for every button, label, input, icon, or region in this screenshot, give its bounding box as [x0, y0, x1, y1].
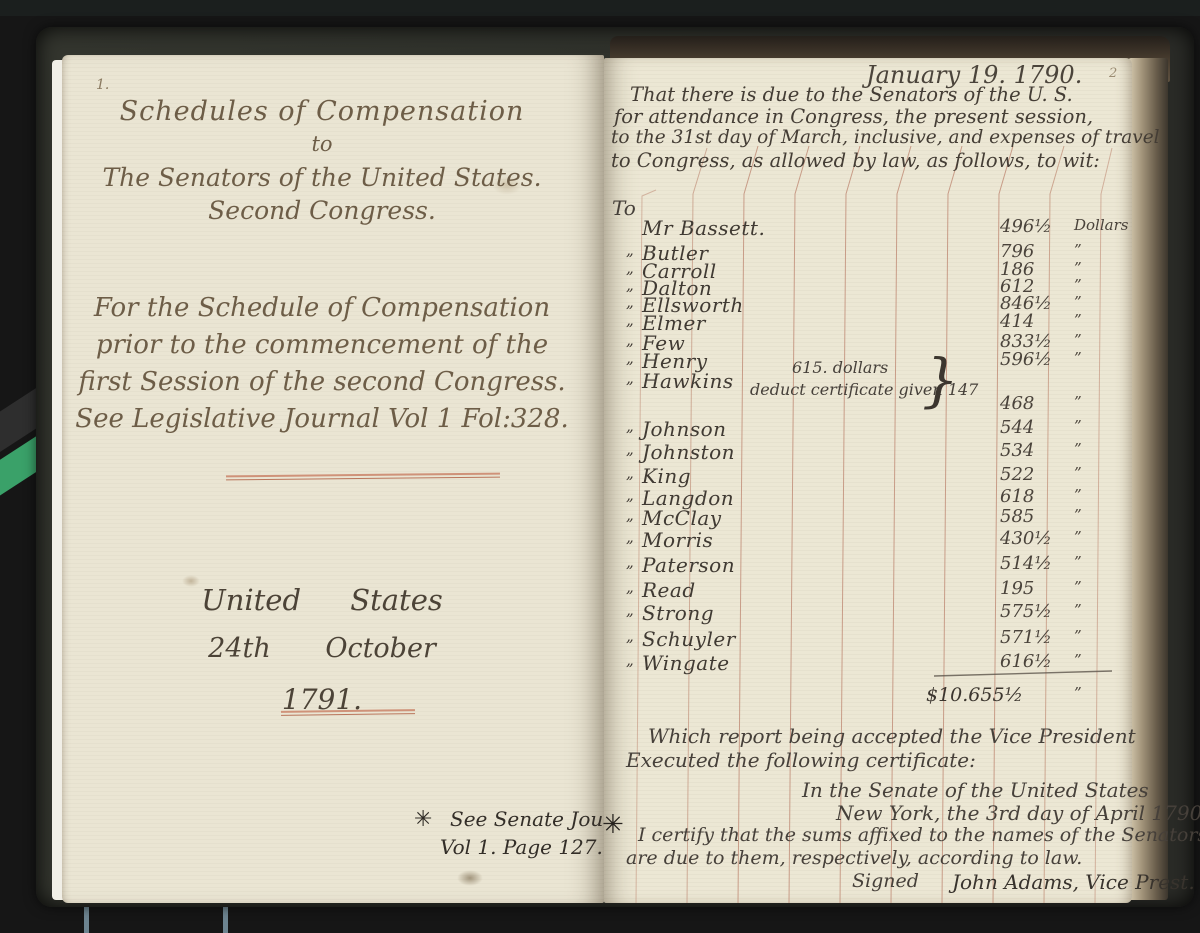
- title-line: The Senators of the United States.: [62, 161, 582, 194]
- unit-label: ”: [1074, 464, 1082, 482]
- total-row: $10.655½ ”: [604, 684, 1132, 710]
- scanner-top-band: [0, 0, 1200, 16]
- amount-value: 534: [1000, 440, 1034, 461]
- asterisk-icon: ✳: [414, 807, 432, 832]
- ink-stain: [457, 870, 483, 886]
- amount-value: 585: [1000, 506, 1034, 527]
- amount-value: 430½: [1000, 528, 1052, 549]
- ditto-mark: „: [626, 506, 634, 524]
- unit-label: ”: [1074, 486, 1082, 504]
- amount-value: 596½: [1000, 349, 1052, 370]
- amount-value: 616½: [1000, 651, 1052, 672]
- reference-tick: [223, 903, 228, 933]
- ditto-mark: „: [626, 578, 634, 596]
- october-line: 24th October: [62, 633, 582, 664]
- unit-label: ”: [1074, 331, 1082, 349]
- senate-line: In the Senate of the United States: [802, 778, 1149, 802]
- title-line: to: [62, 128, 582, 161]
- amount-value: 618: [1000, 486, 1034, 507]
- amount-value: 195: [1000, 578, 1034, 599]
- photo-background: 1. Schedules of Compensation to The Sena…: [0, 0, 1200, 933]
- unit-label: ”: [1074, 601, 1082, 619]
- unit-label: ”: [1074, 241, 1082, 259]
- amount-value: 468: [1000, 393, 1034, 414]
- ditto-mark: „: [626, 601, 634, 619]
- senator-name: Strong: [642, 601, 714, 625]
- unit-label: ”: [1074, 651, 1082, 669]
- ditto-mark: „: [626, 464, 634, 482]
- unit-label: ”: [1074, 440, 1082, 458]
- unit-label: ”: [1074, 528, 1082, 546]
- footnote-line: Vol 1. Page 127.: [440, 835, 603, 859]
- senate-line: New York, the 3rd day of April 1790: [836, 801, 1200, 825]
- closing-line: Which report being accepted the Vice Pre…: [648, 724, 1136, 748]
- certificate-line: are due to them, respectively, according…: [626, 847, 1082, 869]
- intro-line: That there is due to the Senators of the…: [630, 83, 1073, 106]
- page-stack-edge: [1128, 58, 1168, 900]
- amount-value: 544: [1000, 417, 1034, 438]
- right-folio-number: 2: [1109, 66, 1117, 81]
- ditto-mark: „: [626, 440, 634, 458]
- amount-value: 575½: [1000, 601, 1052, 622]
- left-folio-number: 1.: [96, 77, 109, 93]
- unit-label: Dollars: [1074, 216, 1128, 234]
- red-divider-rule: [226, 473, 500, 481]
- senator-name: Wingate: [642, 651, 730, 675]
- ditto-mark: „: [626, 417, 634, 435]
- senator-name: Johnston: [642, 440, 735, 464]
- table-row: „ Strong 575½ ”: [604, 601, 1132, 627]
- unit-label: ”: [1074, 553, 1082, 571]
- paragraph-line: prior to the commencement of the: [62, 327, 582, 364]
- ditto-mark: „: [626, 276, 634, 294]
- brace-mark: }: [922, 346, 959, 414]
- senator-name: King: [642, 464, 691, 488]
- table-row: „ Schuyler 571½ ”: [604, 627, 1132, 653]
- unit-label: ”: [1074, 393, 1082, 411]
- unit-label: ”: [1074, 259, 1082, 277]
- senator-name: McClay: [642, 506, 722, 530]
- unit-label: ”: [1074, 578, 1082, 596]
- ditto-mark: „: [626, 486, 634, 504]
- total-amount: $10.655½: [926, 684, 1023, 706]
- ditto-mark: „: [626, 331, 634, 349]
- unit-label: ”: [1074, 293, 1082, 311]
- hawkins-note-line: 615. dollars: [792, 358, 888, 377]
- left-paragraph: For the Schedule of Compensation prior t…: [62, 290, 582, 438]
- unit-label: ”: [1074, 627, 1082, 645]
- table-row: „ Paterson 514½ ”: [604, 553, 1132, 579]
- ditto-mark: „: [626, 369, 634, 387]
- ditto-mark: „: [626, 553, 634, 571]
- united-states-line: United States: [62, 583, 582, 617]
- table-row: „ Wingate 616½ ”: [604, 651, 1132, 677]
- table-row: „ Johnston 534 ”: [604, 440, 1132, 466]
- unit-label: ”: [1074, 417, 1082, 435]
- senator-name: Mr Bassett.: [642, 216, 765, 240]
- senator-name: Johnson: [642, 417, 727, 441]
- ditto-mark: „: [626, 349, 634, 367]
- signature: John Adams, Vice Prest.: [952, 870, 1195, 894]
- closing-line: Executed the following certificate:: [626, 748, 976, 772]
- paragraph-line: See Legislative Journal Vol 1 Fol:328.: [62, 401, 582, 438]
- title-line: Schedules of Compensation: [62, 95, 582, 128]
- unit-label: ”: [1074, 311, 1082, 329]
- asterisk-icon: ✳: [602, 810, 624, 840]
- amount-value: 414: [1000, 311, 1034, 332]
- paragraph-line: For the Schedule of Compensation: [62, 290, 582, 327]
- unit-label: ”: [1074, 276, 1082, 294]
- ditto-mark: „: [626, 311, 634, 329]
- table-row: Mr Bassett. 496½ Dollars: [604, 216, 1132, 242]
- intro-line: for attendance in Congress, the present …: [614, 105, 1093, 128]
- amount-value: 571½: [1000, 627, 1052, 648]
- senator-name: Hawkins: [642, 369, 734, 393]
- paragraph-line: first Session of the second Congress.: [62, 364, 582, 401]
- ditto-mark: „: [626, 528, 634, 546]
- ditto-mark: „: [626, 241, 634, 259]
- senator-name: Morris: [642, 528, 713, 552]
- unit-label: ”: [1074, 506, 1082, 524]
- ditto-mark: „: [626, 651, 634, 669]
- reference-tick: [84, 903, 89, 933]
- amount-value: 496½: [1000, 216, 1052, 237]
- certificate-line: I certify that the sums affixed to the n…: [638, 824, 1200, 846]
- senator-name: Paterson: [642, 553, 735, 577]
- title-line: Second Congress.: [62, 194, 582, 227]
- ditto-mark: „: [626, 627, 634, 645]
- unit-label: ”: [1074, 684, 1082, 702]
- signed-label: Signed: [852, 870, 919, 892]
- amount-value: 522: [1000, 464, 1034, 485]
- senator-name: Schuyler: [642, 627, 736, 651]
- senator-name: Read: [642, 578, 696, 602]
- left-page: 1. Schedules of Compensation to The Sena…: [62, 55, 604, 903]
- unit-label: ”: [1074, 349, 1082, 367]
- intro-line: to the 31st day of March, inclusive, and…: [611, 127, 1160, 148]
- table-row: „ Morris 430½ ”: [604, 528, 1132, 554]
- left-title-block: Schedules of Compensation to The Senator…: [62, 95, 582, 227]
- ditto-mark: „: [626, 259, 634, 277]
- amount-value: 514½: [1000, 553, 1052, 574]
- ditto-mark: „: [626, 293, 634, 311]
- intro-line: to Congress, as allowed by law, as follo…: [611, 149, 1100, 172]
- right-page: January 19. 1790. 2 That there is due to…: [604, 58, 1132, 903]
